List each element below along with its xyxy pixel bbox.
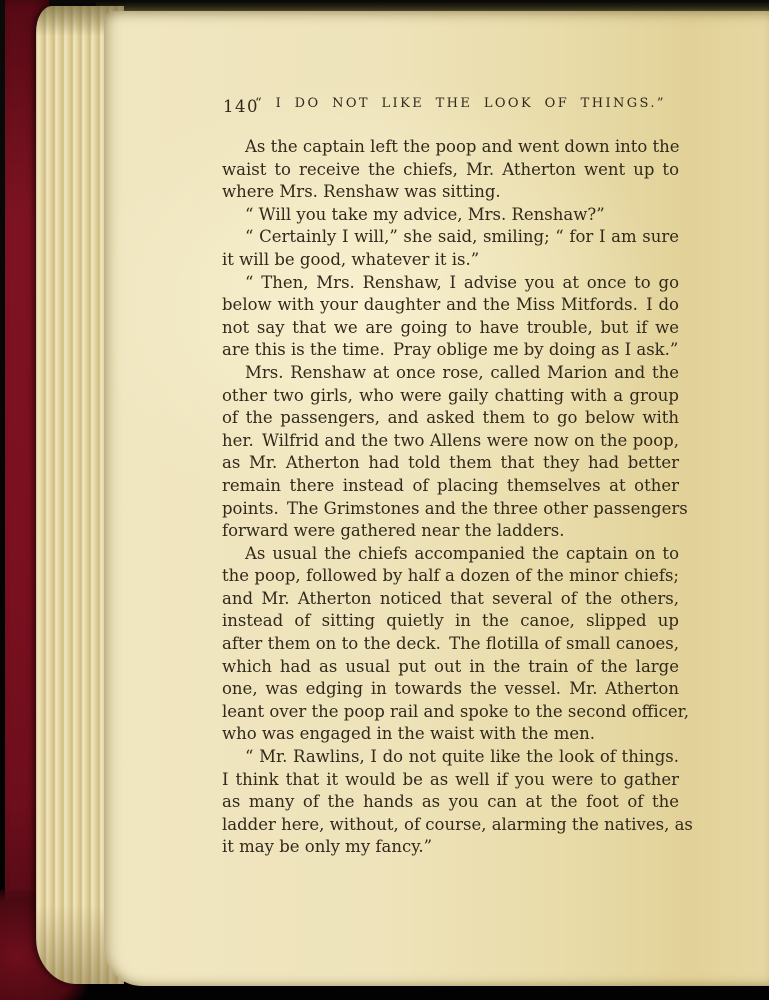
text-line: other two girls, who were gaily chatting… xyxy=(222,385,679,408)
text-line: forward were gathered near the ladders. xyxy=(222,520,679,543)
text-column: 140 “ I DO NOT LIKE THE LOOK OF THINGS.”… xyxy=(222,96,679,859)
text-line: As the captain left the poop and went do… xyxy=(222,136,679,159)
text-line: instead of sitting quietly in the canoe,… xyxy=(222,610,679,633)
text-line: it will be good, whatever it is.” xyxy=(222,249,679,272)
text-line: waist to receive the chiefs, Mr. Atherto… xyxy=(222,159,679,182)
text-line: it may be only my fancy.” xyxy=(222,836,679,859)
text-line: the poop, followed by half a dozen of th… xyxy=(222,565,679,588)
paragraph: “ Then, Mrs. Renshaw, I advise you at on… xyxy=(222,272,679,362)
running-header: 140 “ I DO NOT LIKE THE LOOK OF THINGS.” xyxy=(222,96,679,117)
paragraph: “ Mr. Rawlins, I do not quite like the l… xyxy=(222,746,679,859)
paragraph: “ Certainly I will,” she said, smiling; … xyxy=(222,226,679,271)
paragraph: “ Will you take my advice, Mrs. Renshaw?… xyxy=(222,204,679,227)
paragraph: As the captain left the poop and went do… xyxy=(222,136,679,204)
paragraph: As usual the chiefs accompanied the capt… xyxy=(222,543,679,746)
text-line: where Mrs. Renshaw was sitting. xyxy=(222,181,679,204)
running-header-title: “ I DO NOT LIKE THE LOOK OF THINGS.” xyxy=(222,96,679,111)
text-line: “ Certainly I will,” she said, smiling; … xyxy=(222,226,679,249)
text-line: one, was edging in towards the vessel. M… xyxy=(222,678,679,701)
text-line: ladder here, without, of course, alarmin… xyxy=(222,814,679,837)
text-line: of the passengers, and asked them to go … xyxy=(222,407,679,430)
text-line: after them on to the deck. The flotilla … xyxy=(222,633,679,656)
text-line: Mrs. Renshaw at once rose, called Marion… xyxy=(222,362,679,385)
text-line: below with your daughter and the Miss Mi… xyxy=(222,294,679,317)
text-line: and Mr. Atherton noticed that several of… xyxy=(222,588,679,611)
text-line: leant over the poop rail and spoke to th… xyxy=(222,701,679,724)
paragraph: Mrs. Renshaw at once rose, called Marion… xyxy=(222,362,679,543)
text-line: are this is the time. Pray oblige me by … xyxy=(222,339,679,362)
text-line: As usual the chiefs accompanied the capt… xyxy=(222,543,679,566)
text-line: “ Will you take my advice, Mrs. Renshaw?… xyxy=(222,204,679,227)
text-line: points. The Grimstones and the three oth… xyxy=(222,498,679,521)
text-line: not say that we are going to have troubl… xyxy=(222,317,679,340)
text-line: I think that it would be as well if you … xyxy=(222,769,679,792)
text-line: “ Mr. Rawlins, I do not quite like the l… xyxy=(222,746,679,769)
text-line: “ Then, Mrs. Renshaw, I advise you at on… xyxy=(222,272,679,295)
page-body: As the captain left the poop and went do… xyxy=(222,136,679,859)
text-line: her. Wilfrid and the two Allens were now… xyxy=(222,430,679,453)
text-line: remain there instead of placing themselv… xyxy=(222,475,679,498)
page-number: 140 xyxy=(223,97,259,116)
text-line: as Mr. Atherton had told them that they … xyxy=(222,452,679,475)
text-line: which had as usual put out in the train … xyxy=(222,656,679,679)
text-line: as many of the hands as you can at the f… xyxy=(222,791,679,814)
text-line: who was engaged in the waist with the me… xyxy=(222,723,679,746)
